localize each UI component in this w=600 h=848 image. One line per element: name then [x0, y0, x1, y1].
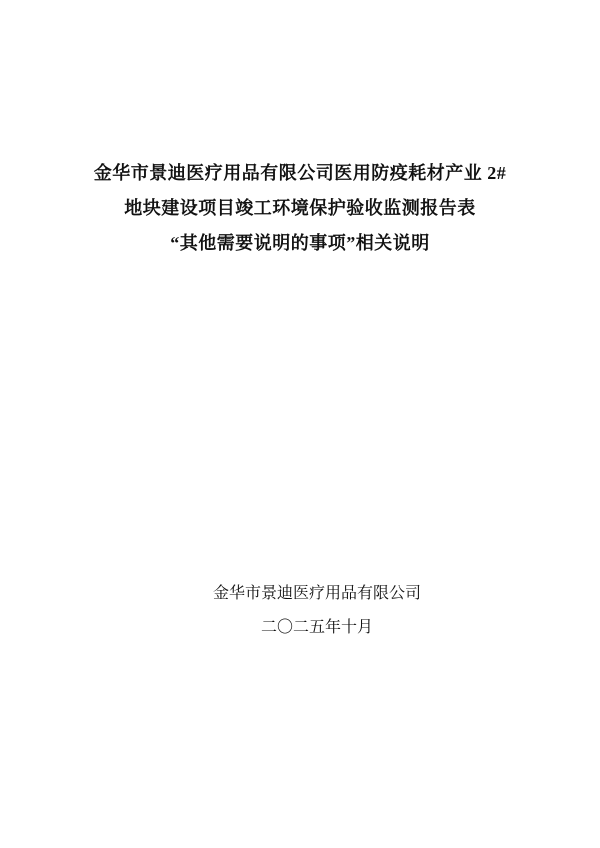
document-title: 金华市景迪医疗用品有限公司医用防疫耗材产业 2# 地块建设项目竣工环境保护验收监…: [0, 156, 600, 261]
title-line-1: 金华市景迪医疗用品有限公司医用防疫耗材产业 2#: [0, 156, 600, 191]
document-cover-page: 金华市景迪医疗用品有限公司医用防疫耗材产业 2# 地块建设项目竣工环境保护验收监…: [0, 0, 600, 848]
title-line-3: “其他需要说明的事项”相关说明: [0, 226, 600, 261]
document-date: 二〇二五年十月: [17, 611, 600, 645]
document-footer: 金华市景迪医疗用品有限公司 二〇二五年十月: [17, 577, 600, 645]
title-line-2: 地块建设项目竣工环境保护验收监测报告表: [0, 191, 600, 226]
company-name: 金华市景迪医疗用品有限公司: [17, 577, 600, 611]
